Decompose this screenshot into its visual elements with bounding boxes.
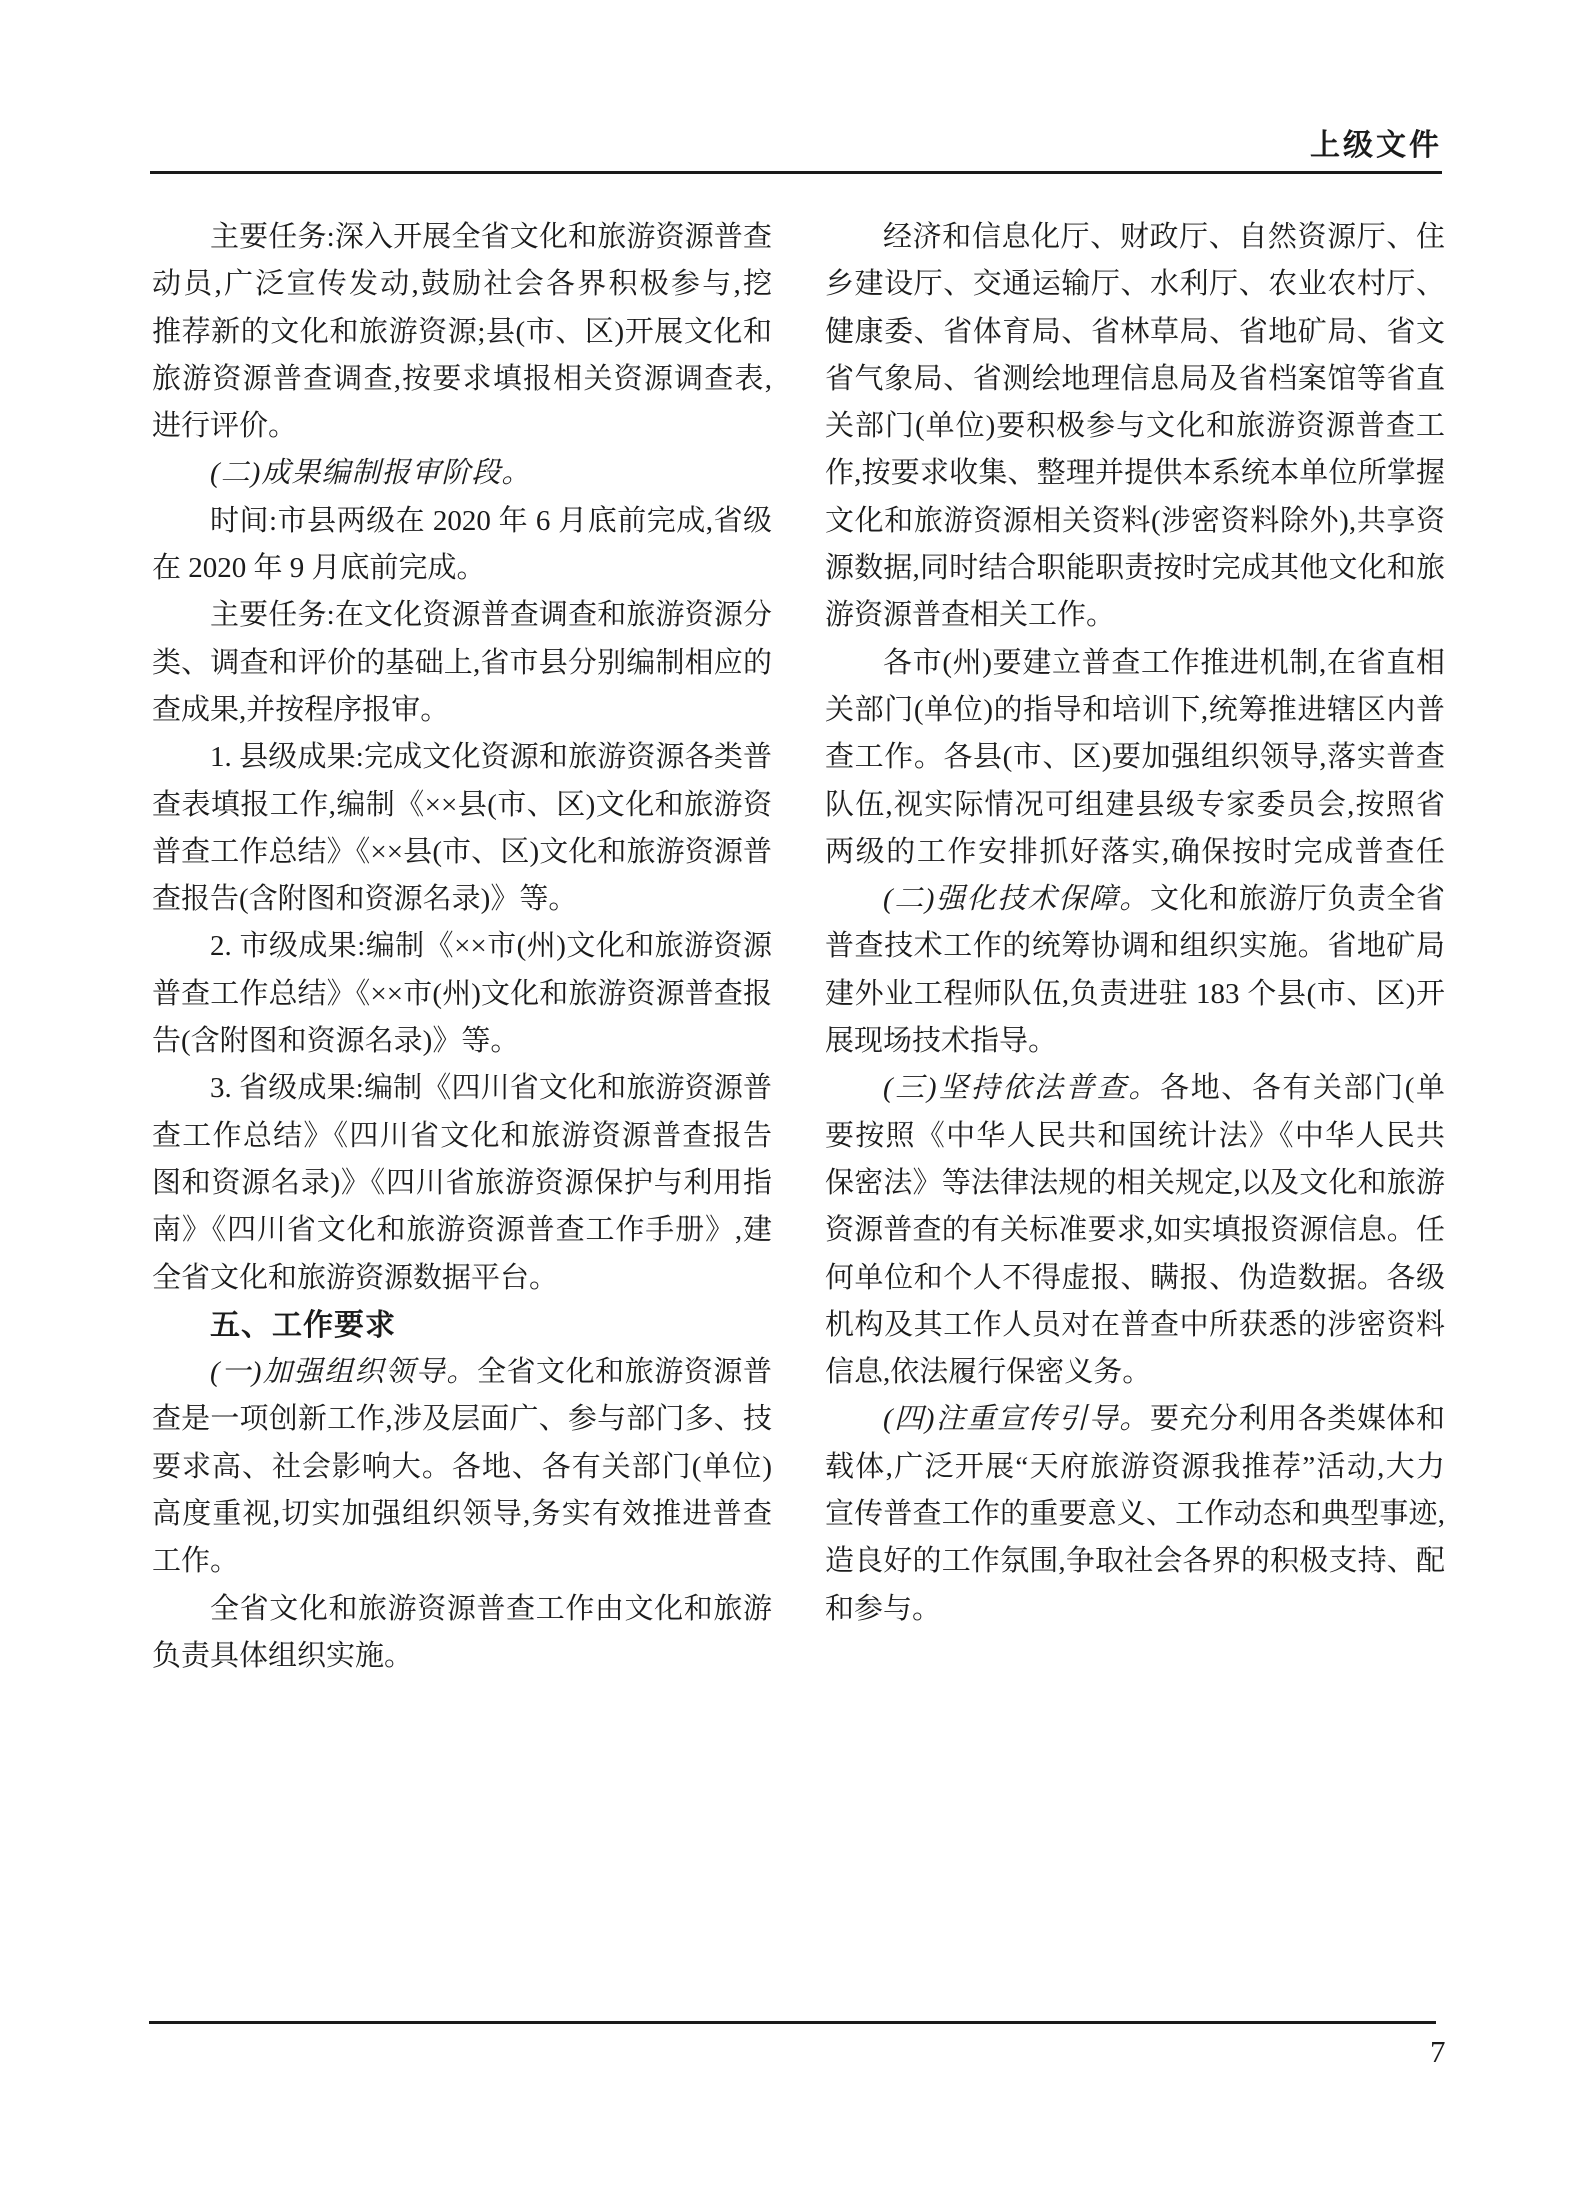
text-run: 作,按要求收集、整理并提供本系统本单位所掌握的 (825, 457, 1445, 497)
text-line: 全省文化和旅游资源普查工作由文化和旅游厅 (152, 1586, 772, 1633)
text-run: 五、工作要求 (210, 1309, 396, 1342)
text-run: 全省文化和旅游资源普查工作由文化和旅游厅 (210, 1593, 772, 1633)
text-run: (四)注重宣传引导。 (883, 1403, 1150, 1435)
text-run: 告(含附图和资源名录)》等。 (152, 1025, 519, 1057)
text-run: 文化和旅游厅负责全省 (1150, 883, 1445, 915)
text-run: 和参与。 (825, 1593, 941, 1625)
text-line: 负责具体组织实施。 (152, 1633, 772, 1680)
text-line: 图和资源名录)》《四川省旅游资源保护与利用指 (152, 1160, 772, 1207)
text-run: 旅游资源普查调查,按要求填报相关资源调查表,并 (152, 363, 772, 403)
text-run: 普查工作总结》《××市(州)文化和旅游资源普查报 (152, 978, 772, 1010)
text-run: 两级的工作安排抓好落实,确保按时完成普查任务。 (825, 836, 1445, 876)
text-run: (二)强化技术保障。 (883, 883, 1150, 915)
text-run: 主要任务:在文化资源普查调查和旅游资源分 (210, 599, 772, 631)
text-line: 高度重视,切实加强组织领导,务实有效推进普查 (152, 1491, 772, 1538)
text-line: 关部门(单位)要积极参与文化和旅游资源普查工 (825, 403, 1445, 450)
text-line: 查工作。各县(市、区)要加强组织领导,落实普查 (825, 734, 1445, 781)
text-line: 作,按要求收集、整理并提供本系统本单位所掌握的 (825, 450, 1445, 497)
text-line: 机构及其工作人员对在普查中所获悉的涉密资料和 (825, 1302, 1445, 1349)
header-rule (150, 171, 1442, 174)
text-line: 保密法》等法律法规的相关规定,以及文化和旅游 (825, 1160, 1445, 1207)
text-line: 3. 省级成果:编制《四川省文化和旅游资源普 (152, 1065, 772, 1112)
text-run: 3. 省级成果:编制《四川省文化和旅游资源普 (210, 1072, 772, 1104)
text-line: 和参与。 (825, 1586, 1445, 1633)
text-run: 查报告(含附图和资源名录)》等。 (152, 883, 577, 915)
page-number: 7 (1430, 2030, 1446, 2073)
text-run: 负责具体组织实施。 (152, 1640, 413, 1672)
text-run: 推荐新的文化和旅游资源;县(市、区)开展文化和 (152, 316, 772, 348)
text-line: 两级的工作安排抓好落实,确保按时完成普查任务。 (825, 829, 1445, 876)
text-line: 2. 市级成果:编制《××市(州)文化和旅游资源 (152, 923, 772, 970)
text-line: 资源普查的有关标准要求,如实填报资源信息。任 (825, 1207, 1445, 1254)
text-run: 信息,依法履行保密义务。 (825, 1356, 1151, 1388)
text-run: 何单位和个人不得虚报、瞒报、伪造数据。各级普查 (825, 1262, 1445, 1302)
text-run: 2. 市级成果:编制《××市(州)文化和旅游资源 (210, 930, 772, 962)
text-line: 宣传普查工作的重要意义、工作动态和典型事迹,营 (825, 1491, 1445, 1538)
text-run: 健康委、省体育局、省林草局、省地矿局、省文物局、 (825, 316, 1445, 356)
text-run: 经济和信息化厅、财政厅、自然资源厅、住房城 (883, 221, 1445, 261)
text-line: 告(含附图和资源名录)》等。 (152, 1018, 772, 1065)
text-line: (二)强化技术保障。文化和旅游厅负责全省 (825, 876, 1445, 923)
text-line: 查工作总结》《四川省文化和旅游资源普查报告(附 (152, 1113, 772, 1160)
text-line: 时间:市县两级在 2020 年 6 月底前完成,省级 (152, 498, 772, 545)
text-line: 普查工作总结》《××县(市、区)文化和旅游资源普 (152, 829, 772, 876)
text-run: 查工作总结》《四川省文化和旅游资源普查报告(附 (152, 1120, 772, 1160)
text-run: 游资源普查相关工作。 (825, 599, 1115, 631)
text-line: (四)注重宣传引导。要充分利用各类媒体和 (825, 1396, 1445, 1443)
text-line: 查报告(含附图和资源名录)》等。 (152, 876, 772, 923)
text-line: (一)加强组织领导。全省文化和旅游资源普 (152, 1349, 772, 1396)
text-run: 1. 县级成果:完成文化资源和旅游资源各类普 (210, 741, 772, 773)
text-run: 队伍,视实际情况可组建县级专家委员会,按照省市 (825, 789, 1445, 829)
text-run: 普查技术工作的统筹协调和组织实施。省地矿局组 (825, 930, 1445, 970)
text-run: 建外业工程师队伍,负责进驻 183 个县(市、区)开 (825, 978, 1445, 1010)
text-run: 关部门(单位)要积极参与文化和旅游资源普查工 (825, 410, 1445, 442)
text-line: 1. 县级成果:完成文化资源和旅游资源各类普 (152, 734, 772, 781)
left-column: 主要任务:深入开展全省文化和旅游资源普查动员,广泛宣传发动,鼓励社会各界积极参与… (152, 214, 772, 1680)
text-line: 查是一项创新工作,涉及层面广、参与部门多、技术 (152, 1396, 772, 1443)
text-run: 要按照《中华人民共和国统计法》《中华人民共和国 (825, 1120, 1445, 1160)
text-line: 乡建设厅、交通运输厅、水利厅、农业农村厅、省卫生 (825, 261, 1445, 308)
text-line: 普查工作总结》《××市(州)文化和旅游资源普查报 (152, 971, 772, 1018)
text-run: 关部门(单位)的指导和培训下,统筹推进辖区内普 (825, 694, 1445, 726)
text-run: (一)加强组织领导。 (210, 1356, 477, 1388)
text-line: 查成果,并按程序报审。 (152, 687, 772, 734)
text-line: 主要任务:深入开展全省文化和旅游资源普查 (152, 214, 772, 261)
text-line: 各市(州)要建立普查工作推进机制,在省直相 (825, 640, 1445, 687)
text-line: 类、调查和评价的基础上,省市县分别编制相应的普 (152, 640, 772, 687)
text-run: (二)成果编制报审阶段。 (210, 457, 531, 489)
text-line: 在 2020 年 9 月底前完成。 (152, 545, 772, 592)
text-line: 文化和旅游资源相关资料(涉密资料除外),共享资 (825, 498, 1445, 545)
text-run: 展现场技术指导。 (825, 1025, 1057, 1057)
text-run: 全省文化和旅游资源数据平台。 (152, 1262, 558, 1294)
text-run: 动员,广泛宣传发动,鼓励社会各界积极参与,挖掘、 (152, 268, 772, 308)
text-run: 图和资源名录)》《四川省旅游资源保护与利用指 (152, 1167, 772, 1199)
text-line: 南》《四川省文化和旅游资源普查工作手册》,建成 (152, 1207, 772, 1254)
text-line: 五、工作要求 (152, 1302, 772, 1349)
text-run: 宣传普查工作的重要意义、工作动态和典型事迹,营 (825, 1498, 1445, 1538)
text-line: 省气象局、省测绘地理信息局及省档案馆等省直有 (825, 356, 1445, 403)
text-line: 经济和信息化厅、财政厅、自然资源厅、住房城 (825, 214, 1445, 261)
text-line: 主要任务:在文化资源普查调查和旅游资源分 (152, 592, 772, 639)
text-run: (三)坚持依法普查。 (883, 1072, 1160, 1104)
text-line: 要求高、社会影响大。各地、各有关部门(单位)要 (152, 1444, 772, 1491)
text-line: 建外业工程师队伍,负责进驻 183 个县(市、区)开 (825, 971, 1445, 1018)
text-line: 队伍,视实际情况可组建县级专家委员会,按照省市 (825, 782, 1445, 829)
text-run: 源数据,同时结合职能职责按时完成其他文化和旅 (825, 552, 1445, 584)
text-line: 查表填报工作,编制《××县(市、区)文化和旅游资源 (152, 782, 772, 829)
text-run: 省气象局、省测绘地理信息局及省档案馆等省直有 (825, 363, 1445, 403)
text-run: 南》《四川省文化和旅游资源普查工作手册》,建成 (152, 1214, 772, 1254)
text-run: 各市(州)要建立普查工作推进机制,在省直相 (883, 647, 1445, 679)
text-run: 类、调查和评价的基础上,省市县分别编制相应的普 (152, 647, 772, 687)
text-run: 查成果,并按程序报审。 (152, 694, 449, 726)
text-line: 信息,依法履行保密义务。 (825, 1349, 1445, 1396)
text-line: 动员,广泛宣传发动,鼓励社会各界积极参与,挖掘、 (152, 261, 772, 308)
text-line: 何单位和个人不得虚报、瞒报、伪造数据。各级普查 (825, 1255, 1445, 1302)
text-run: 查工作。各县(市、区)要加强组织领导,落实普查 (825, 741, 1445, 773)
text-line: 健康委、省体育局、省林草局、省地矿局、省文物局、 (825, 309, 1445, 356)
text-run: 资源普查的有关标准要求,如实填报资源信息。任 (825, 1214, 1445, 1246)
text-line: 普查技术工作的统筹协调和组织实施。省地矿局组 (825, 923, 1445, 970)
text-run: 查表填报工作,编制《××县(市、区)文化和旅游资源 (152, 789, 772, 829)
text-line: 关部门(单位)的指导和培训下,统筹推进辖区内普 (825, 687, 1445, 734)
text-line: 源数据,同时结合职能职责按时完成其他文化和旅 (825, 545, 1445, 592)
text-line: 全省文化和旅游资源数据平台。 (152, 1255, 772, 1302)
text-line: 进行评价。 (152, 403, 772, 450)
text-line: 工作。 (152, 1538, 772, 1585)
text-run: 工作。 (152, 1545, 239, 1577)
text-run: 全省文化和旅游资源普 (477, 1356, 772, 1388)
footer-rule (149, 2021, 1436, 2024)
text-line: (三)坚持依法普查。各地、各有关部门(单位) (825, 1065, 1445, 1112)
text-run: 在 2020 年 9 月底前完成。 (152, 552, 486, 584)
text-run: 要求高、社会影响大。各地、各有关部门(单位)要 (152, 1451, 772, 1491)
text-line: 要按照《中华人民共和国统计法》《中华人民共和国 (825, 1113, 1445, 1160)
text-line: (二)成果编制报审阶段。 (152, 450, 772, 497)
text-run: 要充分利用各类媒体和 (1150, 1403, 1445, 1435)
text-run: 主要任务:深入开展全省文化和旅游资源普查 (210, 221, 772, 253)
text-run: 查是一项创新工作,涉及层面广、参与部门多、技术 (152, 1403, 772, 1443)
right-column: 经济和信息化厅、财政厅、自然资源厅、住房城乡建设厅、交通运输厅、水利厅、农业农村… (825, 214, 1445, 1680)
text-run: 进行评价。 (152, 410, 297, 442)
text-line: 展现场技术指导。 (825, 1018, 1445, 1065)
text-run: 造良好的工作氛围,争取社会各界的积极支持、配合 (825, 1545, 1445, 1585)
text-run: 普查工作总结》《××县(市、区)文化和旅游资源普 (152, 836, 772, 868)
text-run: 时间:市县两级在 2020 年 6 月底前完成,省级 (210, 505, 772, 537)
text-run: 保密法》等法律法规的相关规定,以及文化和旅游 (825, 1167, 1445, 1199)
text-line: 造良好的工作氛围,争取社会各界的积极支持、配合 (825, 1538, 1445, 1585)
text-run: 乡建设厅、交通运输厅、水利厅、农业农村厅、省卫生 (825, 268, 1445, 308)
page-header-title: 上级文件 (1310, 131, 1442, 161)
text-line: 推荐新的文化和旅游资源;县(市、区)开展文化和 (152, 309, 772, 356)
text-run: 文化和旅游资源相关资料(涉密资料除外),共享资 (825, 505, 1445, 537)
document-page: 上级文件 主要任务:深入开展全省文化和旅游资源普查动员,广泛宣传发动,鼓励社会各… (0, 0, 1587, 2192)
text-line: 旅游资源普查调查,按要求填报相关资源调查表,并 (152, 356, 772, 403)
text-line: 游资源普查相关工作。 (825, 592, 1445, 639)
text-run: 高度重视,切实加强组织领导,务实有效推进普查 (152, 1498, 772, 1530)
text-run: 载体,广泛开展“天府旅游资源我推荐”活动,大力 (825, 1451, 1445, 1483)
text-columns: 主要任务:深入开展全省文化和旅游资源普查动员,广泛宣传发动,鼓励社会各界积极参与… (152, 214, 1445, 1680)
text-run: 机构及其工作人员对在普查中所获悉的涉密资料和 (825, 1309, 1445, 1349)
text-line: 载体,广泛开展“天府旅游资源我推荐”活动,大力 (825, 1444, 1445, 1491)
